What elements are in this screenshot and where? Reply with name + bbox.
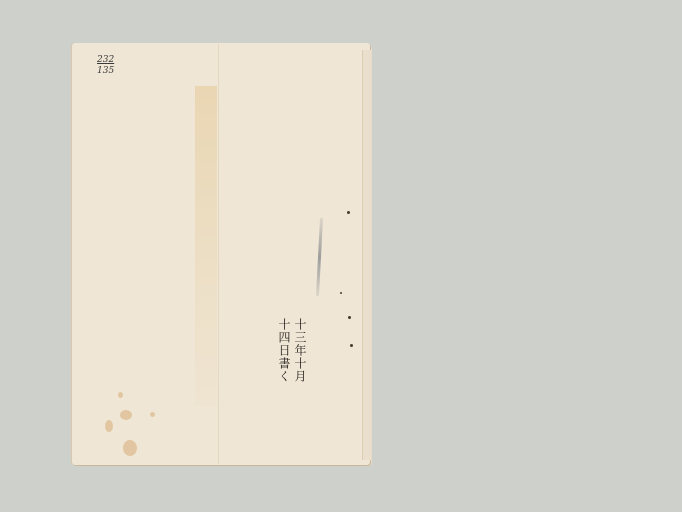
- binding-hole: [350, 344, 353, 347]
- fold-line: [218, 44, 219, 464]
- reference-line-2: 135: [97, 66, 114, 77]
- water-stain: [123, 440, 137, 456]
- reference-number: 232 135: [97, 55, 114, 77]
- water-stain: [150, 412, 155, 417]
- binding-hole: [348, 316, 351, 319]
- water-stain: [120, 410, 132, 420]
- tape-stain-strip: [195, 86, 217, 406]
- handwriting-column-2: 十四日書く: [276, 318, 293, 383]
- water-stain: [105, 420, 113, 432]
- binding-hole: [340, 292, 342, 294]
- handwriting-column-1: 十三年十月: [292, 318, 309, 383]
- reference-line-1: 232: [97, 55, 114, 66]
- binding-hole: [347, 211, 350, 214]
- paper-sheet: [72, 43, 370, 465]
- paper-right-edge: [362, 50, 371, 460]
- water-stain: [118, 392, 123, 398]
